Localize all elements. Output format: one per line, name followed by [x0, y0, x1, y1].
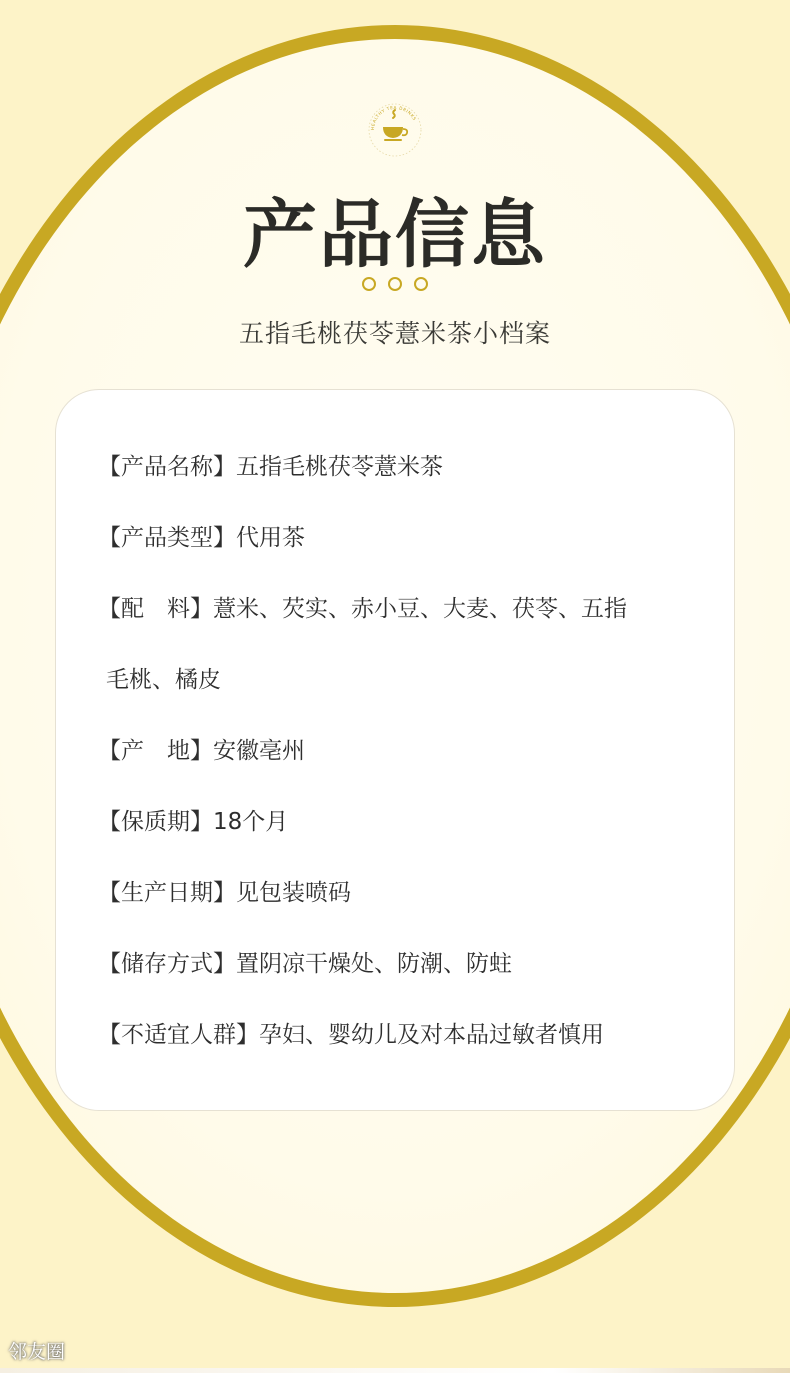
- row-value: 置阴凉干燥处、防潮、防蛀: [236, 951, 512, 977]
- page-subtitle: 五指毛桃茯苓薏米茶小档案: [0, 314, 790, 350]
- row-label: 【产品名称】: [98, 454, 236, 480]
- row-value: 安徽亳州: [213, 738, 305, 764]
- row-label: 【储存方式】: [98, 951, 236, 977]
- row-value: 孕妇、婴幼儿及对本品过敏者慎用: [259, 1022, 604, 1048]
- bottom-edge-strip: [0, 1368, 790, 1373]
- info-row-shelf-life: 【保质期】18个月: [98, 807, 704, 837]
- info-row-unsuitable: 【不适宜人群】孕妇、婴幼儿及对本品过敏者慎用: [98, 1020, 704, 1050]
- row-value: 18个月: [213, 809, 288, 835]
- info-row-storage: 【储存方式】置阴凉干燥处、防潮、防蛀: [98, 949, 704, 979]
- info-row-product-name: 【产品名称】五指毛桃茯苓薏米茶: [98, 452, 704, 482]
- row-label: 【产品类型】: [98, 525, 236, 551]
- circle-dot-icon: [414, 277, 428, 291]
- info-row-product-type: 【产品类型】代用茶: [98, 523, 704, 553]
- info-row-ingredients-cont: 毛桃、橘皮: [106, 665, 704, 695]
- page-title: 产品信息: [0, 176, 790, 282]
- row-value: 代用茶: [236, 525, 305, 551]
- row-value: 薏米、芡实、赤小豆、大麦、茯苓、五指: [213, 596, 627, 622]
- row-label: 【产 地】: [98, 738, 213, 764]
- row-label: 【生产日期】: [98, 880, 236, 906]
- info-row-production-date: 【生产日期】见包装喷码: [98, 878, 704, 908]
- product-info-card: 【产品名称】五指毛桃茯苓薏米茶 【产品类型】代用茶 【配 料】薏米、芡实、赤小豆…: [55, 389, 735, 1111]
- info-row-ingredients: 【配 料】薏米、芡实、赤小豆、大麦、茯苓、五指: [98, 594, 704, 624]
- row-value: 见包装喷码: [236, 880, 351, 906]
- row-value: 五指毛桃茯苓薏米茶: [236, 454, 443, 480]
- circle-dot-icon: [362, 277, 376, 291]
- circle-dot-icon: [388, 277, 402, 291]
- row-label: 【配 料】: [98, 596, 213, 622]
- info-row-origin: 【产 地】安徽亳州: [98, 736, 704, 766]
- row-value: 毛桃、橘皮: [106, 667, 221, 693]
- row-label: 【不适宜人群】: [98, 1022, 259, 1048]
- row-label: 【保质期】: [98, 809, 213, 835]
- decorative-dots: [0, 277, 790, 291]
- watermark: 邻友圈: [8, 1337, 65, 1364]
- tea-cup-icon: HEALTHY TEA DRINKS: [367, 102, 423, 158]
